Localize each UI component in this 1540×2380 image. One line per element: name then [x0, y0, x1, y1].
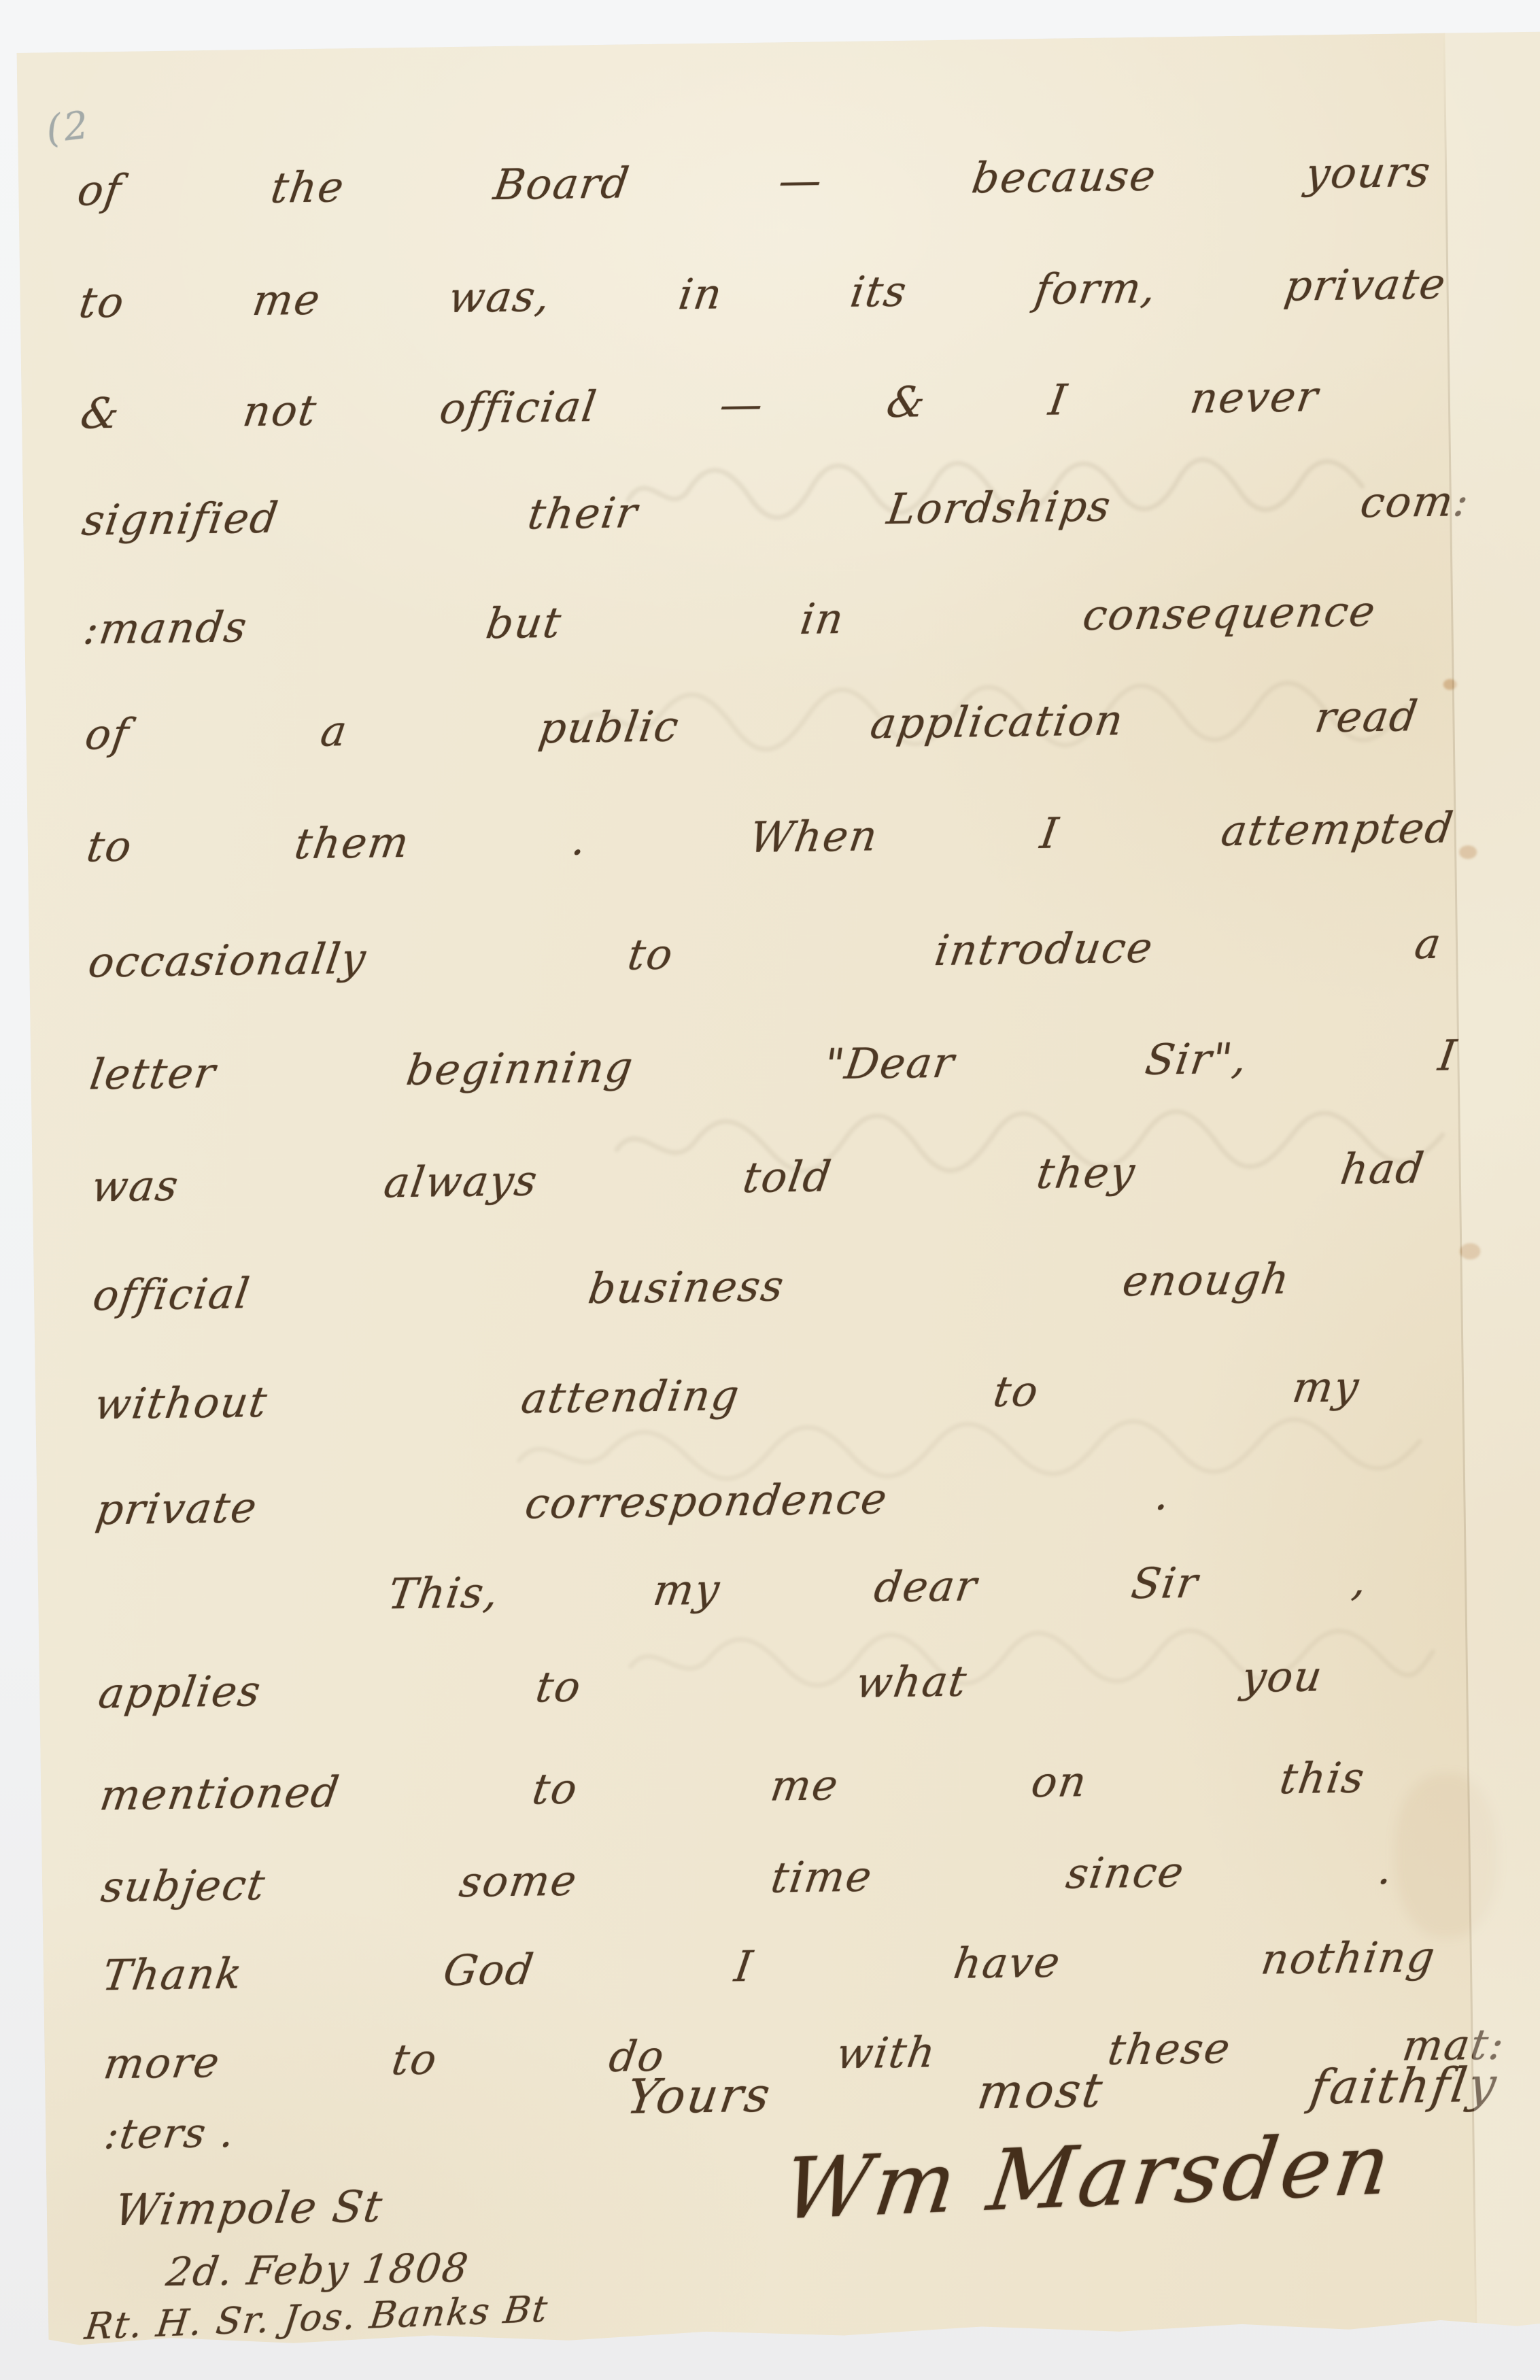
- manuscript-line: signified their Lordships com:: [80, 478, 1473, 544]
- manuscript-line: was always told they had: [88, 1145, 1428, 1210]
- manuscript-line: & not official — & I never: [78, 373, 1322, 437]
- manuscript-line: to me was, in its form, private: [76, 260, 1450, 326]
- manuscript-line: to them . When I attempted: [84, 804, 1457, 870]
- letter-paper: (2 of the Board — because yours to me wa…: [17, 31, 1540, 2351]
- closing-continuation: :ters .: [102, 2108, 394, 2157]
- signature: Wm Marsden: [778, 2115, 1473, 2237]
- scanned-letter-page: { "letter": { "page_annotation": "(2", "…: [0, 0, 1540, 2380]
- valediction: Yours most faithfly: [623, 2059, 1501, 2124]
- manuscript-line: occasionally to introduce a: [86, 921, 1445, 986]
- manuscript-line: :mands but in consequence: [81, 588, 1380, 653]
- manuscript-line: applies to what you: [96, 1653, 1327, 1716]
- pencil-page-number: (2: [44, 103, 93, 152]
- manuscript-line: official business enough: [90, 1256, 1294, 1319]
- manuscript-line: subject some time since .: [99, 1846, 1397, 1911]
- place-line: Wimpole St: [112, 2181, 553, 2234]
- manuscript-line: letter beginning "Dear Sir", I: [87, 1032, 1460, 1098]
- manuscript-line: Thank God I have nothing: [99, 1934, 1439, 1999]
- manuscript-line: This, my dear Sir ,: [386, 1557, 1371, 1617]
- manuscript-line: of the Board — because yours: [75, 149, 1435, 214]
- manuscript-line: private correspondence .: [93, 1472, 1174, 1533]
- manuscript-line: mentioned to me on this: [97, 1754, 1369, 1818]
